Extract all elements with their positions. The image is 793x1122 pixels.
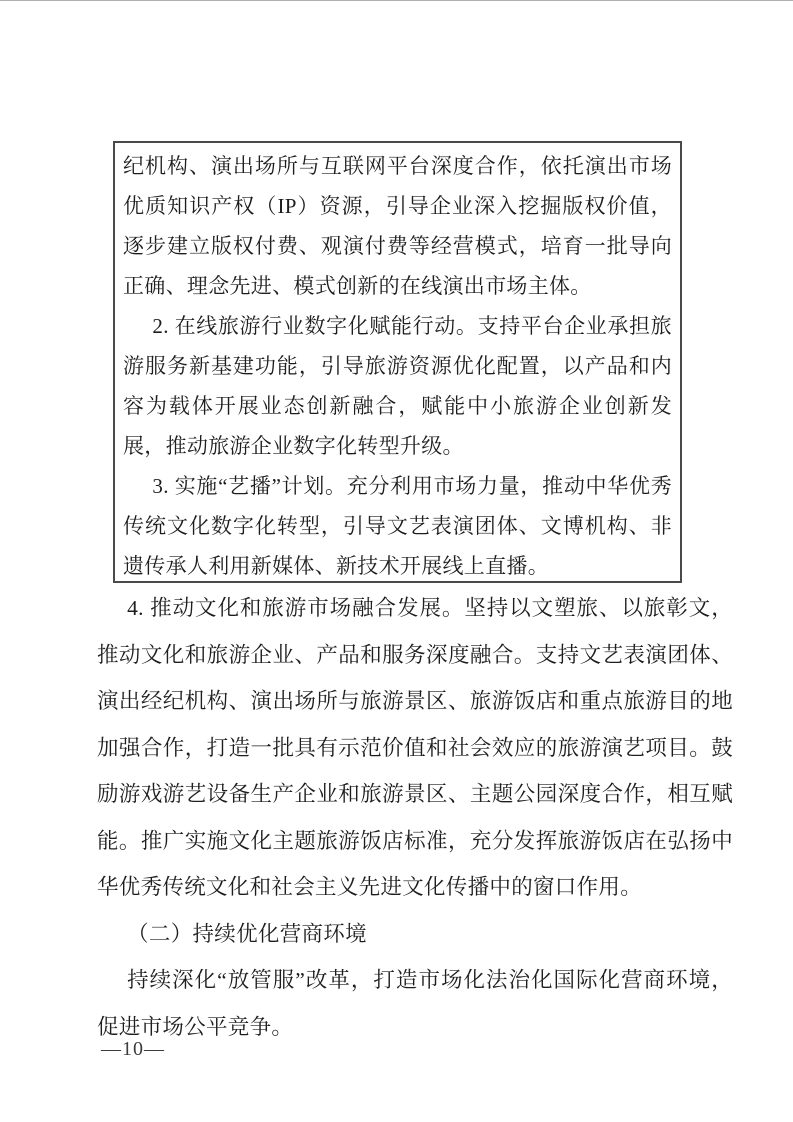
boxed-paragraph-item-3: 3. 实施“艺播”计划。充分利用市场力量，推动中华优秀传统文化数字化转型，引导文… (123, 466, 672, 583)
boxed-paragraph-item-2: 2. 在线旅游行业数字化赋能行动。支持平台企业承担旅游服务新基建功能，引导旅游资… (123, 306, 672, 466)
page-number: —10— (101, 1037, 165, 1061)
boxed-text-block: 纪机构、演出场所与互联网平台深度合作，依托演出市场优质知识产权（IP）资源，引导… (113, 141, 682, 583)
document-page: 纪机构、演出场所与互联网平台深度合作，依托演出市场优质知识产权（IP）资源，引导… (0, 0, 793, 1122)
boxed-paragraph-continuation: 纪机构、演出场所与互联网平台深度合作，依托演出市场优质知识产权（IP）资源，引导… (123, 146, 672, 306)
section-heading: （二）持续优化营商环境 (97, 911, 733, 958)
body-paragraph-reform: 持续深化“放管服”改革，打造市场化法治化国际化营商环境，促进市场公平竞争。 (97, 957, 733, 1050)
body-text-section: 4. 推动文化和旅游市场融合发展。坚持以文塑旅、以旅彰文，推动文化和旅游企业、产… (97, 585, 733, 1050)
body-paragraph-item-4: 4. 推动文化和旅游市场融合发展。坚持以文塑旅、以旅彰文，推动文化和旅游企业、产… (97, 585, 733, 911)
